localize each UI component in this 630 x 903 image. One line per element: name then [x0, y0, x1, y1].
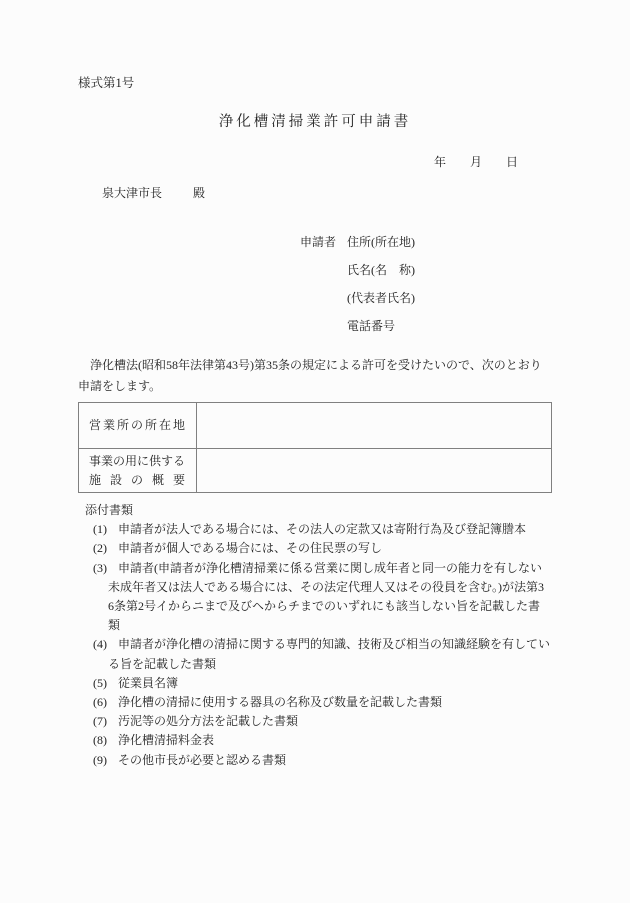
addressee-honorific: 殿 [193, 186, 205, 200]
attachment-item-line: 申請者が法人である場合には、その法人の定款又は寄附行為及び登記簿謄本 [108, 520, 552, 539]
attachment-item-line: 従業員名簿 [108, 674, 552, 693]
attachment-item-number: (1) [93, 520, 107, 539]
table-value-business-office [197, 403, 552, 449]
attachment-item-line: 申請者が個人である場合には、その住民票の写し [108, 539, 552, 558]
attachment-item-3: (3) 申請者(申請者が浄化槽清掃業に係る営業に関し成年者と同一の能力を有しない… [78, 559, 552, 636]
table-row: 事業の用に供する 施設の概要 [79, 449, 552, 493]
attachment-item-line: 申請者(申請者が浄化槽清掃業に係る営業に関し成年者と同一の能力を有しない [108, 559, 552, 578]
attachment-item-4: (4) 申請者が浄化槽の清掃に関する専門的知識、技術及び相当の知識経験を有してい… [78, 635, 552, 673]
attachment-item-number: (8) [93, 731, 107, 750]
attachment-item-number: (2) [93, 539, 107, 558]
attachment-item-line: 申請者が浄化槽の清掃に関する専門的知識、技術及び相当の知識経験を有してい [108, 635, 552, 654]
attachment-item-9: (9) その他市長が必要と認める書類 [78, 751, 552, 770]
document-page: 様式第1号 浄化槽清掃業許可申請書 年 月 日 泉大津市長殿 申請者 住所(所在… [0, 0, 630, 903]
attachments-heading: 添付書類 [85, 501, 552, 520]
attachment-item-5: (5) 従業員名簿 [78, 674, 552, 693]
document-title: 浄化槽清掃業許可申請書 [78, 114, 552, 130]
addressee-name: 泉大津市長 [102, 186, 162, 200]
application-table: 営業所の所在地 事業の用に供する 施設の概要 [78, 402, 552, 493]
body-paragraph: 浄化槽法(昭和58年法律第43号)第35条の規定による許可を受けたいので、次のと… [78, 355, 552, 396]
attachment-item-8: (8) 浄化槽清掃料金表 [78, 731, 552, 750]
attachment-item-line: その他市長が必要と認める書類 [108, 751, 552, 770]
attachment-item-line: 浄化槽の清掃に使用する器具の名称及び数量を記載した書類 [108, 693, 552, 712]
attachment-item-1: (1) 申請者が法人である場合には、その法人の定款又は寄附行為及び登記簿謄本 [78, 520, 552, 539]
attachment-item-line: 類 [108, 616, 552, 635]
attachment-item-number: (4) [93, 635, 107, 654]
attachment-item-7: (7) 汚泥等の処分方法を記載した書類 [78, 712, 552, 731]
body-paragraph-line: 浄化槽法(昭和58年法律第43号)第35条の規定による許可を受けたいので、次のと… [78, 355, 552, 376]
applicant-field-address: 住所(所在地) [347, 228, 415, 256]
applicant-block: 申請者 住所(所在地) 氏名(名 称) (代表者氏名) 電話番号 [300, 228, 552, 340]
attachment-item-number: (9) [93, 751, 107, 770]
attachment-item-line: 汚泥等の処分方法を記載した書類 [108, 712, 552, 731]
date-line: 年 月 日 [78, 155, 552, 169]
attachment-item-number: (3) [93, 559, 107, 578]
applicant-field-representative: (代表者氏名) [347, 284, 415, 312]
table-value-facility-outline [197, 449, 552, 493]
applicant-field-name: 氏名(名 称) [347, 256, 415, 284]
attachment-item-number: (5) [93, 674, 107, 693]
table-row: 営業所の所在地 [79, 403, 552, 449]
table-label-business-office: 営業所の所在地 [79, 403, 197, 449]
applicant-label: 申請者 [300, 228, 336, 340]
attachment-item-number: (7) [93, 712, 107, 731]
applicant-field-phone: 電話番号 [347, 312, 415, 340]
attachment-item-number: (6) [93, 693, 107, 712]
attachment-item-line: 6条第2号イからニまで及びヘからチまでのいずれにも該当しない旨を記載した書 [108, 597, 552, 616]
attachment-item-line: 浄化槽清掃料金表 [108, 731, 552, 750]
form-number: 様式第1号 [78, 76, 552, 90]
attachment-item-line: る旨を記載した書類 [108, 655, 552, 674]
addressee-line: 泉大津市長殿 [102, 186, 552, 200]
attachment-item-6: (6) 浄化槽の清掃に使用する器具の名称及び数量を記載した書類 [78, 693, 552, 712]
attachments-section: 添付書類 (1) 申請者が法人である場合には、その法人の定款又は寄附行為及び登記… [78, 501, 552, 770]
table-label-facility-outline: 事業の用に供する 施設の概要 [79, 449, 197, 493]
attachment-item-2: (2) 申請者が個人である場合には、その住民票の写し [78, 539, 552, 558]
body-paragraph-line: 申請をします。 [78, 376, 552, 397]
applicant-fields: 住所(所在地) 氏名(名 称) (代表者氏名) 電話番号 [347, 228, 415, 340]
attachment-item-line: 未成年者又は法人である場合には、その法定代理人又はその役員を含む。)が法第3 [108, 578, 552, 597]
